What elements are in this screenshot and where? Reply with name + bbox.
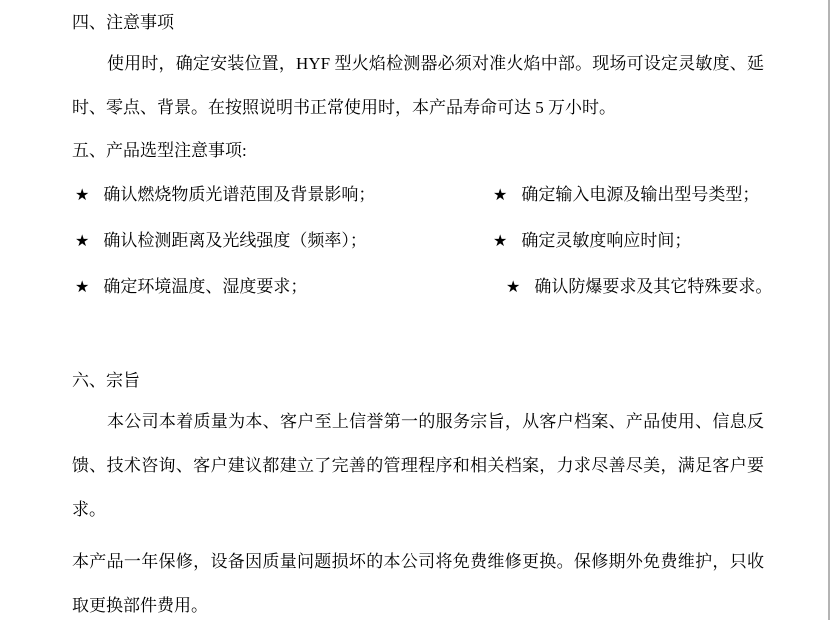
paragraph-line: 馈、技术咨询、客户建议都建立了完善的管理程序和相关档案，力求尽善尽美，满足客户要 bbox=[72, 444, 764, 488]
paragraph-line: 本产品一年保修，设备因质量问题损坏的本公司将免费维修更换。保修期外免费维护，只收 bbox=[72, 540, 764, 584]
paragraph-line: 求。 bbox=[72, 488, 764, 532]
section-four-heading: 四、注意事项 bbox=[72, 12, 764, 34]
document-page: 四、注意事项 使用时，确定安装位置，HYF 型火焰检测器必须对准火焰中部。现场可… bbox=[0, 0, 831, 620]
bullet-text: 确定输入电源及输出型号类型； bbox=[521, 172, 759, 217]
section-four-paragraph: 使用时，确定安装位置，HYF 型火焰检测器必须对准火焰中部。现场可设定灵敏度、延… bbox=[72, 42, 764, 130]
list-item: ★ 确认防爆要求及其它特殊要求。 bbox=[503, 264, 772, 310]
star-icon: ★ bbox=[493, 219, 507, 264]
section-five-heading: 五、产品选型注意事项: bbox=[72, 140, 764, 162]
page-edge-line bbox=[828, 0, 830, 620]
bullet-text: 确认检测距离及光线强度（频率）； bbox=[103, 218, 367, 263]
list-item: ★ 确定环境温度、湿度要求； bbox=[72, 264, 490, 310]
document-content: 四、注意事项 使用时，确定安装位置，HYF 型火焰检测器必须对准火焰中部。现场可… bbox=[72, 12, 764, 620]
paragraph-line: 取更换部件费用。 bbox=[72, 584, 764, 620]
bullet-text: 确定环境温度、湿度要求； bbox=[103, 264, 307, 309]
paragraph-line: 本公司本着质量为本、客户至上信誉第一的服务宗旨，从客户档案、产品使用、信息反 bbox=[72, 400, 764, 444]
star-icon: ★ bbox=[506, 265, 520, 310]
star-icon: ★ bbox=[75, 173, 89, 218]
bullet-text: 确认燃烧物质光谱范围及背景影响； bbox=[103, 172, 375, 217]
star-icon: ★ bbox=[75, 219, 89, 264]
list-item: ★ 确认燃烧物质光谱范围及背景影响； bbox=[72, 172, 490, 218]
paragraph-line: 使用时，确定安装位置，HYF 型火焰检测器必须对准火焰中部。现场可设定灵敏度、延 bbox=[72, 42, 764, 86]
paragraph-line: 时、零点、背景。在按照说明书正常使用时，本产品寿命可达 5 万小时。 bbox=[72, 86, 764, 130]
selection-notes-list: ★ 确认燃烧物质光谱范围及背景影响； ★ 确定输入电源及输出型号类型； ★ 确认… bbox=[72, 172, 764, 310]
bullet-text: 确认防爆要求及其它特殊要求。 bbox=[534, 264, 772, 309]
list-item: ★ 确认检测距离及光线强度（频率）； bbox=[72, 218, 490, 264]
bullet-text: 确定灵敏度响应时间； bbox=[521, 218, 691, 263]
star-icon: ★ bbox=[493, 173, 507, 218]
list-item: ★ 确定输入电源及输出型号类型； bbox=[490, 172, 772, 218]
warranty-paragraph: 本产品一年保修，设备因质量问题损坏的本公司将免费维修更换。保修期外免费维护，只收… bbox=[72, 540, 764, 620]
section-six-paragraph: 本公司本着质量为本、客户至上信誉第一的服务宗旨，从客户档案、产品使用、信息反 馈… bbox=[72, 400, 764, 532]
section-six-heading: 六、宗旨 bbox=[72, 370, 764, 392]
list-item: ★ 确定灵敏度响应时间； bbox=[490, 218, 772, 264]
star-icon: ★ bbox=[75, 265, 89, 310]
